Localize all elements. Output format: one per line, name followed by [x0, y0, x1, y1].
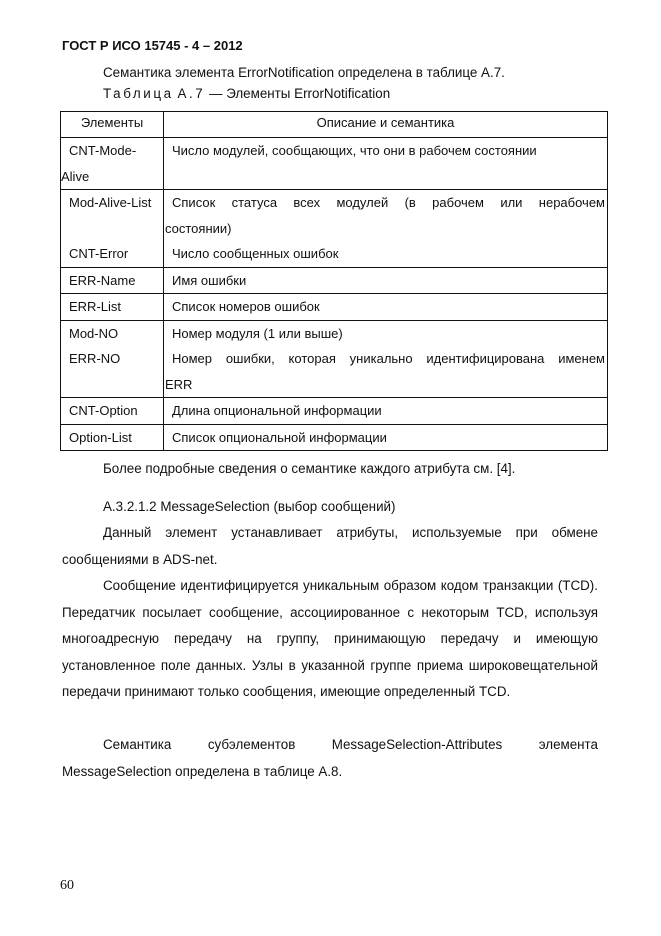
element-name-line: Alive	[61, 164, 163, 190]
table-caption: Таблица А.7 — Элементы ErrorNotification	[103, 86, 390, 101]
column-header-elements: Элементы	[61, 112, 164, 138]
table-row: Mod-Alive-List Список статуса всех модул…	[61, 190, 608, 242]
description-line: ERR	[165, 372, 605, 398]
description-line: Список статуса всех модулей (в рабочем и…	[172, 190, 605, 216]
element-cell: ERR-NO	[61, 346, 164, 398]
column-header-description: Описание и семантика	[164, 112, 608, 138]
error-notification-table: Элементы Описание и семантика CNT-Mode- …	[60, 111, 608, 451]
description-cell: Длина опциональной информации	[164, 398, 608, 425]
element-cell: Mod-NO	[61, 320, 164, 346]
table-row: ERR-Name Имя ошибки	[61, 267, 608, 294]
section-heading: А.3.2.1.2 MessageSelection (выбор сообще…	[103, 494, 395, 521]
page-number: 60	[60, 878, 74, 894]
element-cell: CNT-Option	[61, 398, 164, 425]
table-header-row: Элементы Описание и семантика	[61, 112, 608, 138]
section-paragraph: Семантика субэлементов MessageSelection-…	[62, 732, 598, 785]
table-row: ERR-List Список номеров ошибок	[61, 294, 608, 321]
description-cell: Число модулей, сообщающих, что они в раб…	[164, 138, 608, 190]
element-cell: ERR-List	[61, 294, 164, 321]
table-row: Option-List Список опциональной информац…	[61, 424, 608, 451]
table-caption-title: — Элементы ErrorNotification	[209, 86, 390, 101]
description-cell: Номер ошибки, которая уникально идентифи…	[164, 346, 608, 398]
section-paragraph: Сообщение идентифицируется уникальным об…	[62, 573, 598, 706]
element-cell: CNT-Error	[61, 241, 164, 267]
table-caption-number: А.7	[177, 86, 205, 101]
table-row: CNT-Mode- Alive Число модулей, сообщающи…	[61, 138, 608, 190]
table-row: CNT-Option Длина опциональной информации	[61, 398, 608, 425]
description-cell: Список статуса всех модулей (в рабочем и…	[164, 190, 608, 242]
description-cell: Номер модуля (1 или выше)	[164, 320, 608, 346]
table-row: Mod-NO Номер модуля (1 или выше)	[61, 320, 608, 346]
element-cell: Option-List	[61, 424, 164, 451]
element-cell: Mod-Alive-List	[61, 190, 164, 242]
intro-text: Семантика элемента ErrorNotification опр…	[103, 60, 505, 87]
table-row: CNT-Error Число сообщенных ошибок	[61, 241, 608, 267]
description-cell: Число сообщенных ошибок	[164, 241, 608, 267]
description-cell: Список опциональной информации	[164, 424, 608, 451]
description-line: состоянии)	[165, 216, 605, 242]
table-row: ERR-NO Номер ошибки, которая уникально и…	[61, 346, 608, 398]
element-name-line: CNT-Mode-	[69, 138, 163, 164]
table-caption-label: Таблица	[103, 86, 174, 101]
element-cell: CNT-Mode- Alive	[61, 138, 164, 190]
section-paragraph: Данный элемент устанавливает атрибуты, и…	[62, 520, 598, 573]
description-cell: Имя ошибки	[164, 267, 608, 294]
standard-header: ГОСТ Р ИСО 15745 - 4 – 2012	[62, 38, 243, 53]
description-cell: Список номеров ошибок	[164, 294, 608, 321]
description-line: Номер ошибки, которая уникально идентифи…	[172, 346, 605, 372]
element-cell: ERR-Name	[61, 267, 164, 294]
after-table-text: Более подробные сведения о семантике каж…	[103, 456, 515, 483]
